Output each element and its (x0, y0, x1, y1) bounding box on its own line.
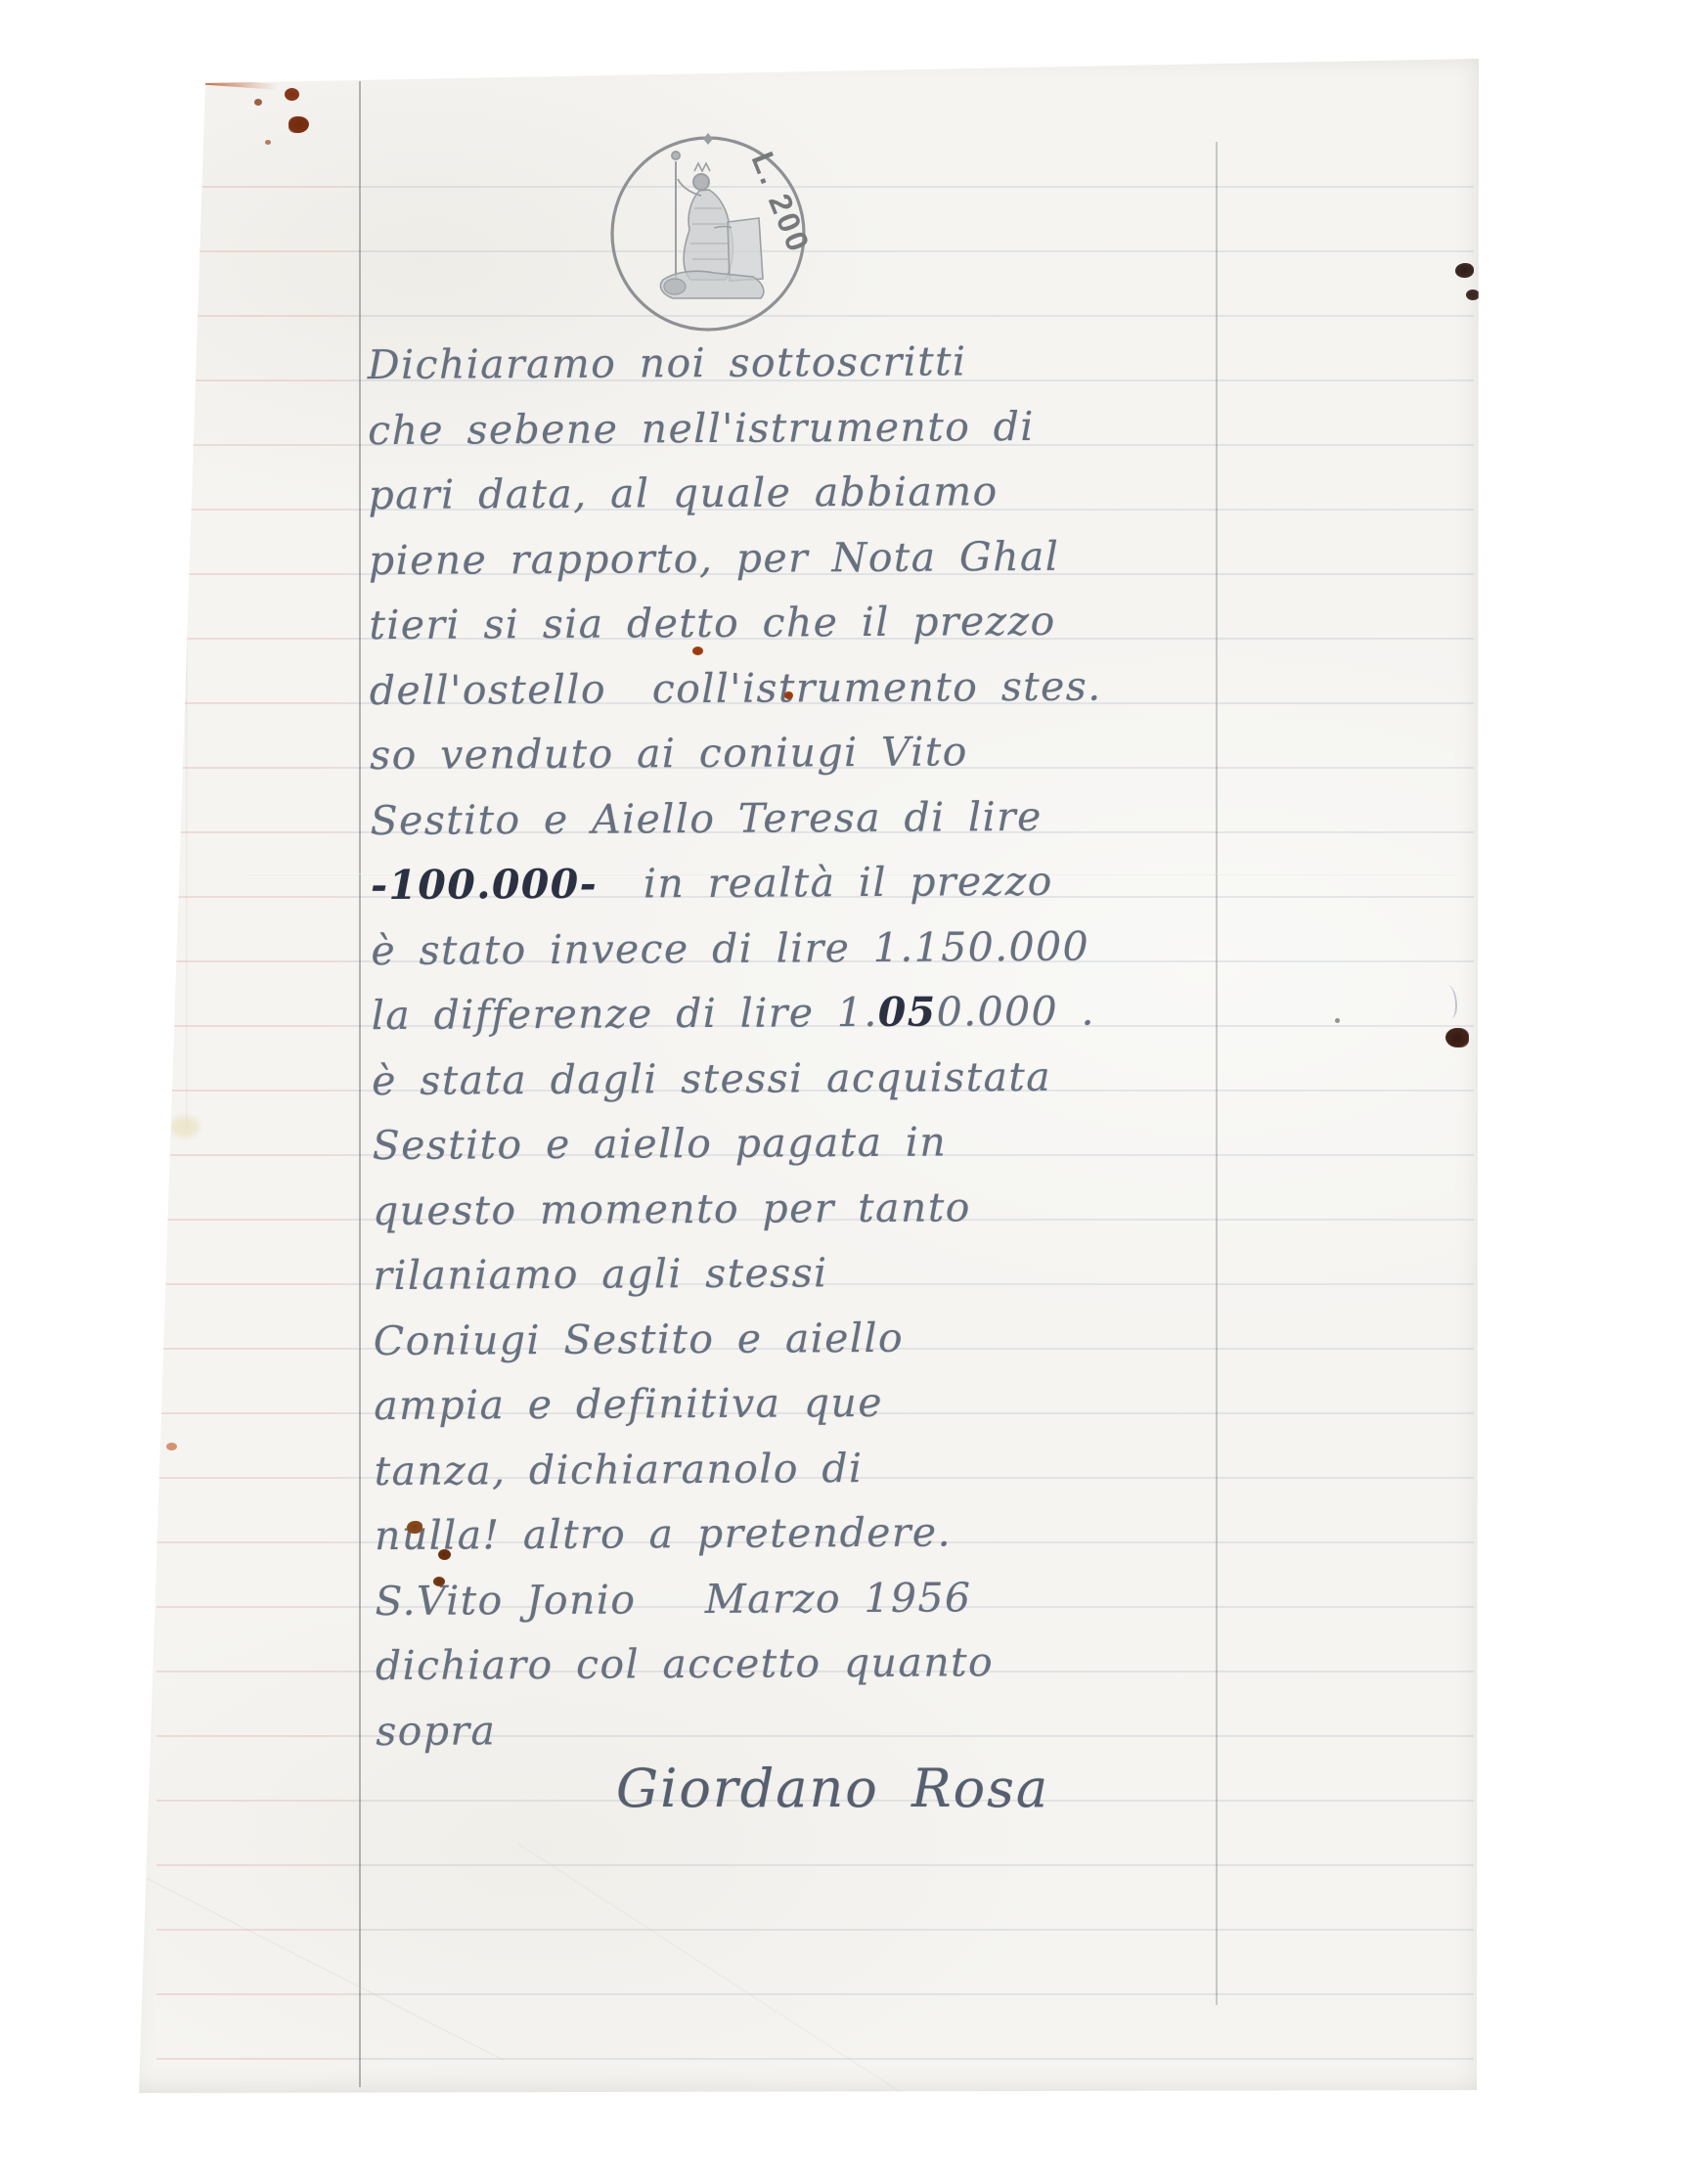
seated-figure (660, 152, 763, 298)
rust-stain (254, 99, 262, 106)
dark-stain (1445, 1028, 1469, 1047)
rust-speck (166, 1443, 177, 1450)
yellow-stain (170, 1116, 200, 1137)
handwritten-line: è stata dagli stessi acquistata (372, 1042, 1359, 1113)
handwritten-line: rilaniamo agli stessi (373, 1237, 1360, 1309)
rust-speck (784, 691, 793, 699)
rust-stain (285, 88, 299, 101)
paper-crease (137, 1873, 504, 2061)
handwritten-line: Coniugi Sestito e aiello (374, 1302, 1361, 1373)
handwritten-line: ampia e definitiva que (374, 1367, 1361, 1439)
ruled-line (156, 1929, 1474, 1931)
handwritten-line: Dichiaramo noi sottoscritti (368, 327, 1355, 398)
ruled-line (156, 2058, 1474, 2060)
handwritten-line: tieri si sia detto che il prezzo (369, 587, 1356, 658)
revenue-stamp: L. 200 (604, 130, 812, 337)
revenue-stamp-graphic: L. 200 (604, 130, 812, 337)
rust-stain (433, 1577, 445, 1586)
ruled-line (156, 186, 1474, 188)
signature: Giordano Rosa (616, 1758, 1049, 1819)
stamp-top-ornament (703, 133, 713, 145)
handwritten-line: sopra (376, 1692, 1363, 1763)
rust-stain (289, 116, 309, 133)
left-margin-line (359, 81, 361, 2087)
handwritten-line: tanza, dichiaranolo di (374, 1432, 1361, 1503)
handwritten-line: so venduto ai coniugi Vito (370, 717, 1357, 788)
dark-stain (1455, 263, 1474, 278)
handwritten-line: questo momento per tanto (373, 1172, 1360, 1243)
handwritten-line: -100.000- in realtà il prezzo (371, 847, 1358, 918)
handwritten-line: Sestito e Aiello Teresa di lire (370, 781, 1357, 853)
dark-stain (1466, 290, 1480, 300)
handwritten-line: dichiaro col accetto quanto (376, 1627, 1363, 1699)
handwriting-block: Dichiaramo noi sottoscrittiche sebene ne… (368, 327, 1364, 1763)
ruled-line (156, 1993, 1474, 1995)
ruled-line (156, 315, 1474, 317)
pencil-mark (1442, 985, 1457, 1018)
scanned-paper-sheet: L. 200 Dichiaramo noi sottoscrittiche se… (127, 54, 1482, 2093)
ruled-line (156, 1864, 1474, 1866)
handwritten-line: piene rapporto, per Nota Ghal (369, 521, 1356, 593)
handwritten-line: nulla! altro a pretendere. (375, 1497, 1362, 1569)
rust-streak-stain (198, 78, 278, 90)
handwritten-line: che sebene nell'istrumento di (368, 391, 1355, 463)
rust-stain (407, 1521, 422, 1534)
handwritten-line: la differenze di lire 1.050.000 . (372, 977, 1359, 1048)
handwritten-line: Sestito e aiello pagata in (372, 1107, 1359, 1179)
paper-crease (186, 367, 189, 1130)
handwritten-line: pari data, al quale abbiamo (368, 457, 1355, 528)
handwritten-line: dell'ostello coll'istrumento stes. (370, 651, 1357, 723)
rust-stain (438, 1549, 451, 1560)
rust-stain (265, 140, 271, 145)
rust-speck (692, 646, 703, 655)
paper-crease (517, 1844, 945, 2122)
handwritten-line: è stato invece di lire 1.150.000 (371, 912, 1358, 983)
handwritten-line: S.Vito Jonio Marzo 1956 (375, 1562, 1362, 1633)
ink-dot (1335, 1018, 1340, 1023)
ruled-line (156, 250, 1474, 252)
